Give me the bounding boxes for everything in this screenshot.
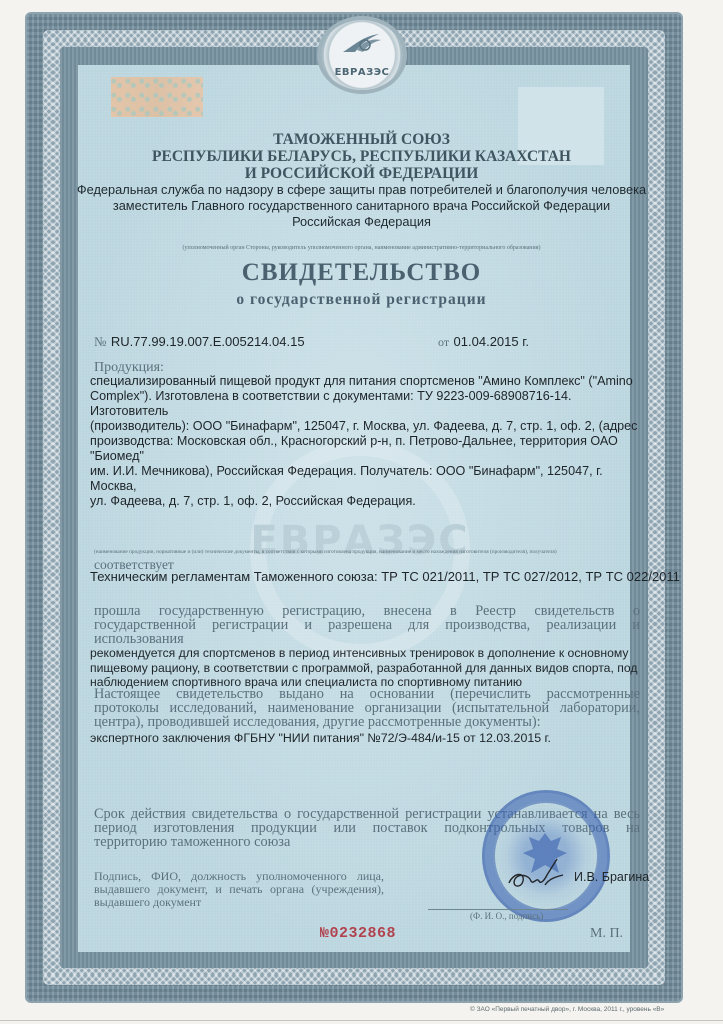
signatory-caption: (Ф. И. О., подпись) [470,911,543,921]
registration-status: прошла государственную регистрацию, внес… [94,604,640,646]
authority-line-2: заместитель Главного государственного са… [0,198,723,214]
signature-line [428,909,568,910]
authority-caption: (уполномоченный орган Стороны, руководит… [0,244,723,252]
product-description: специализированный пищевой продукт для п… [90,374,650,509]
handwritten-signature [505,855,575,895]
product-caption: (наименование продукции, нормативные и (… [94,548,634,556]
eurasec-emblem: ЕВРАЗЭС [321,20,403,90]
header-russian-federation: И РОССИЙСКОЙ ФЕДЕРАЦИИ [0,165,723,182]
date-prefix: от [438,335,449,349]
compliance-value: Техническим регламентам Таможенного союз… [90,569,680,584]
basis-value: экспертного заключения ФГБНУ "НИИ питани… [90,731,551,746]
watermark-label: ЕВРАЗЭС [250,518,470,564]
eurasec-emblem-icon [341,32,383,54]
document-subtitle: о государственной регистрации [0,291,723,309]
document-title: СВИДЕТЕЛЬСТВО [0,259,723,287]
header-republics: РЕСПУБЛИКИ БЕЛАРУСЬ, РЕСПУБЛИКИ КАЗАХСТА… [0,148,723,165]
registration-number: RU.77.99.19.007.Е.005214.04.15 [111,334,305,349]
usage-recommendation: рекомендуется для спортсменов в период и… [90,646,650,690]
scan-edge [0,1020,723,1021]
form-serial-number: №0232868 [320,925,396,942]
signatory-name: И.В. Брагина [574,870,649,884]
issuance-basis: Настоящее свидетельство выдано на основа… [94,687,640,729]
registration-number-row: № RU.77.99.19.007.Е.005214.04.15 [94,333,305,351]
printer-copyright: © ЗАО «Первый печатный двор», г. Москва,… [470,1006,664,1013]
signature-label: Подпись, ФИО, должность уполномоченного … [94,870,384,909]
number-prefix: № [94,334,106,349]
hologram-patch [111,77,203,117]
registration-date: 01.04.2015 г. [454,334,529,349]
authority-line-1: Федеральная служба по надзору в сфере за… [0,182,723,198]
seal-place-mark: М. П. [590,926,623,942]
authority-line-3: Российская Федерация [0,214,723,230]
emblem-label: ЕВРАЗЭС [335,67,390,78]
header-customs-union: ТАМОЖЕННЫЙ СОЮЗ [0,131,723,148]
registration-date-row: от 01.04.2015 г. [438,333,529,351]
